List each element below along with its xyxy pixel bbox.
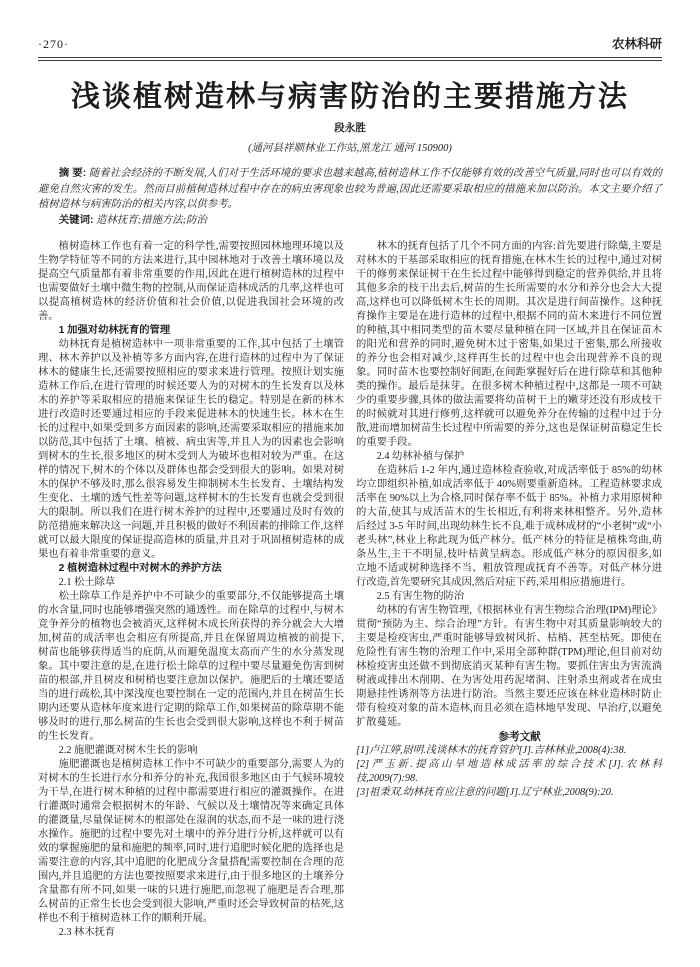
- page-header: ·270· 农林科研: [38, 38, 662, 52]
- paragraph: 松土除草工作是养护中不可缺少的重要部分,不仅能够提高土壤的水含量,同时也能够增强…: [38, 590, 344, 744]
- reference-item: [3]祖秉双.幼林抚育应注意的问题[J].辽宁林业,2008(9):20.: [356, 786, 662, 800]
- subsection-heading: 2.1 松土除草: [38, 576, 344, 590]
- keywords-label: 关键词:: [59, 215, 94, 226]
- reference-item: [2]严玉新.提高山旱地造林成活率的综合技术[J].农林科技,2009(7):9…: [356, 758, 662, 786]
- affiliation: (通河县祥顺林业工作站,黑龙江 通河 150900): [38, 140, 662, 155]
- keywords: 关键词: 造林抚育;措施方法;防治: [38, 213, 662, 229]
- keywords-text: 造林抚育;措施方法;防治: [96, 215, 207, 226]
- subsection-heading: 2.4 幼林补植与保护: [356, 450, 662, 464]
- subsection-heading: 2.2 施肥灌溉对树木生长的影响: [38, 744, 344, 758]
- paragraph: 幼林抚育是植树造林中一项非常重要的工作,其中包括了土壤管理、林木养护以及补植等多…: [38, 338, 344, 562]
- header-rule: [38, 57, 662, 61]
- right-column: 林木的抚育包括了几个不同方面的内容:首先要进行除蘖,主要是对林木的干基部采取相应…: [356, 240, 662, 940]
- abstract-text: 随着社会经济的不断发展,人们对于生活环境的要求也越来越高,植树造林工作不仅能够有…: [38, 168, 662, 210]
- journal-name: 农林科研: [612, 34, 662, 52]
- paragraph: 植树造林工作也有着一定的科学性,需要按照园林地理环境以及生物学特征等不同的方法来…: [38, 240, 344, 324]
- article-title: 浅谈植树造林与病害防治的主要措施方法: [38, 81, 662, 113]
- paragraph: 林木的抚育包括了几个不同方面的内容:首先要进行除蘖,主要是对林木的干基部采取相应…: [356, 240, 662, 450]
- section-heading: 1 加强对幼林抚育的管理: [38, 324, 344, 338]
- paragraph: 在造林后 1-2 年内,通过造林检查验收,对成活率低于 85%的幼林均立即组织补…: [356, 464, 662, 590]
- left-column: 植树造林工作也有着一定的科学性,需要按照园林地理环境以及生物学特征等不同的方法来…: [38, 240, 344, 940]
- author-name: 段永胜: [38, 120, 662, 135]
- body-columns: 植树造林工作也有着一定的科学性,需要按照园林地理环境以及生物学特征等不同的方法来…: [38, 240, 662, 940]
- page-number: ·270·: [38, 37, 69, 52]
- section-heading: 2 植树造林过程中对树木的养护方法: [38, 562, 344, 576]
- paragraph: 幼林的有害生物管理,《根据林业有害生物综合治理(IPM)理论》贯彻“预防为主、综…: [356, 604, 662, 730]
- subsection-heading: 2.3 林木抚育: [38, 926, 344, 940]
- abstract: 摘 要: 随着社会经济的不断发展,人们对于生活环境的要求也越来越高,植树造林工作…: [38, 166, 662, 213]
- paper-page: ·270· 农林科研 浅谈植树造林与病害防治的主要措施方法 段永胜 (通河县祥顺…: [0, 0, 700, 967]
- abstract-label: 摘 要:: [59, 168, 86, 179]
- paragraph: 施肥灌溉也是植树造林工作中不可缺少的重要部分,需要人为的对树木的生长进行水分和养…: [38, 758, 344, 926]
- references-heading: 参考文献: [356, 730, 662, 744]
- reference-item: [1]卢江婷,尉明.浅谈林木的抚育管护[J].吉林林业,2008(4):38.: [356, 744, 662, 758]
- subsection-heading: 2.5 有害生物的防治: [356, 590, 662, 604]
